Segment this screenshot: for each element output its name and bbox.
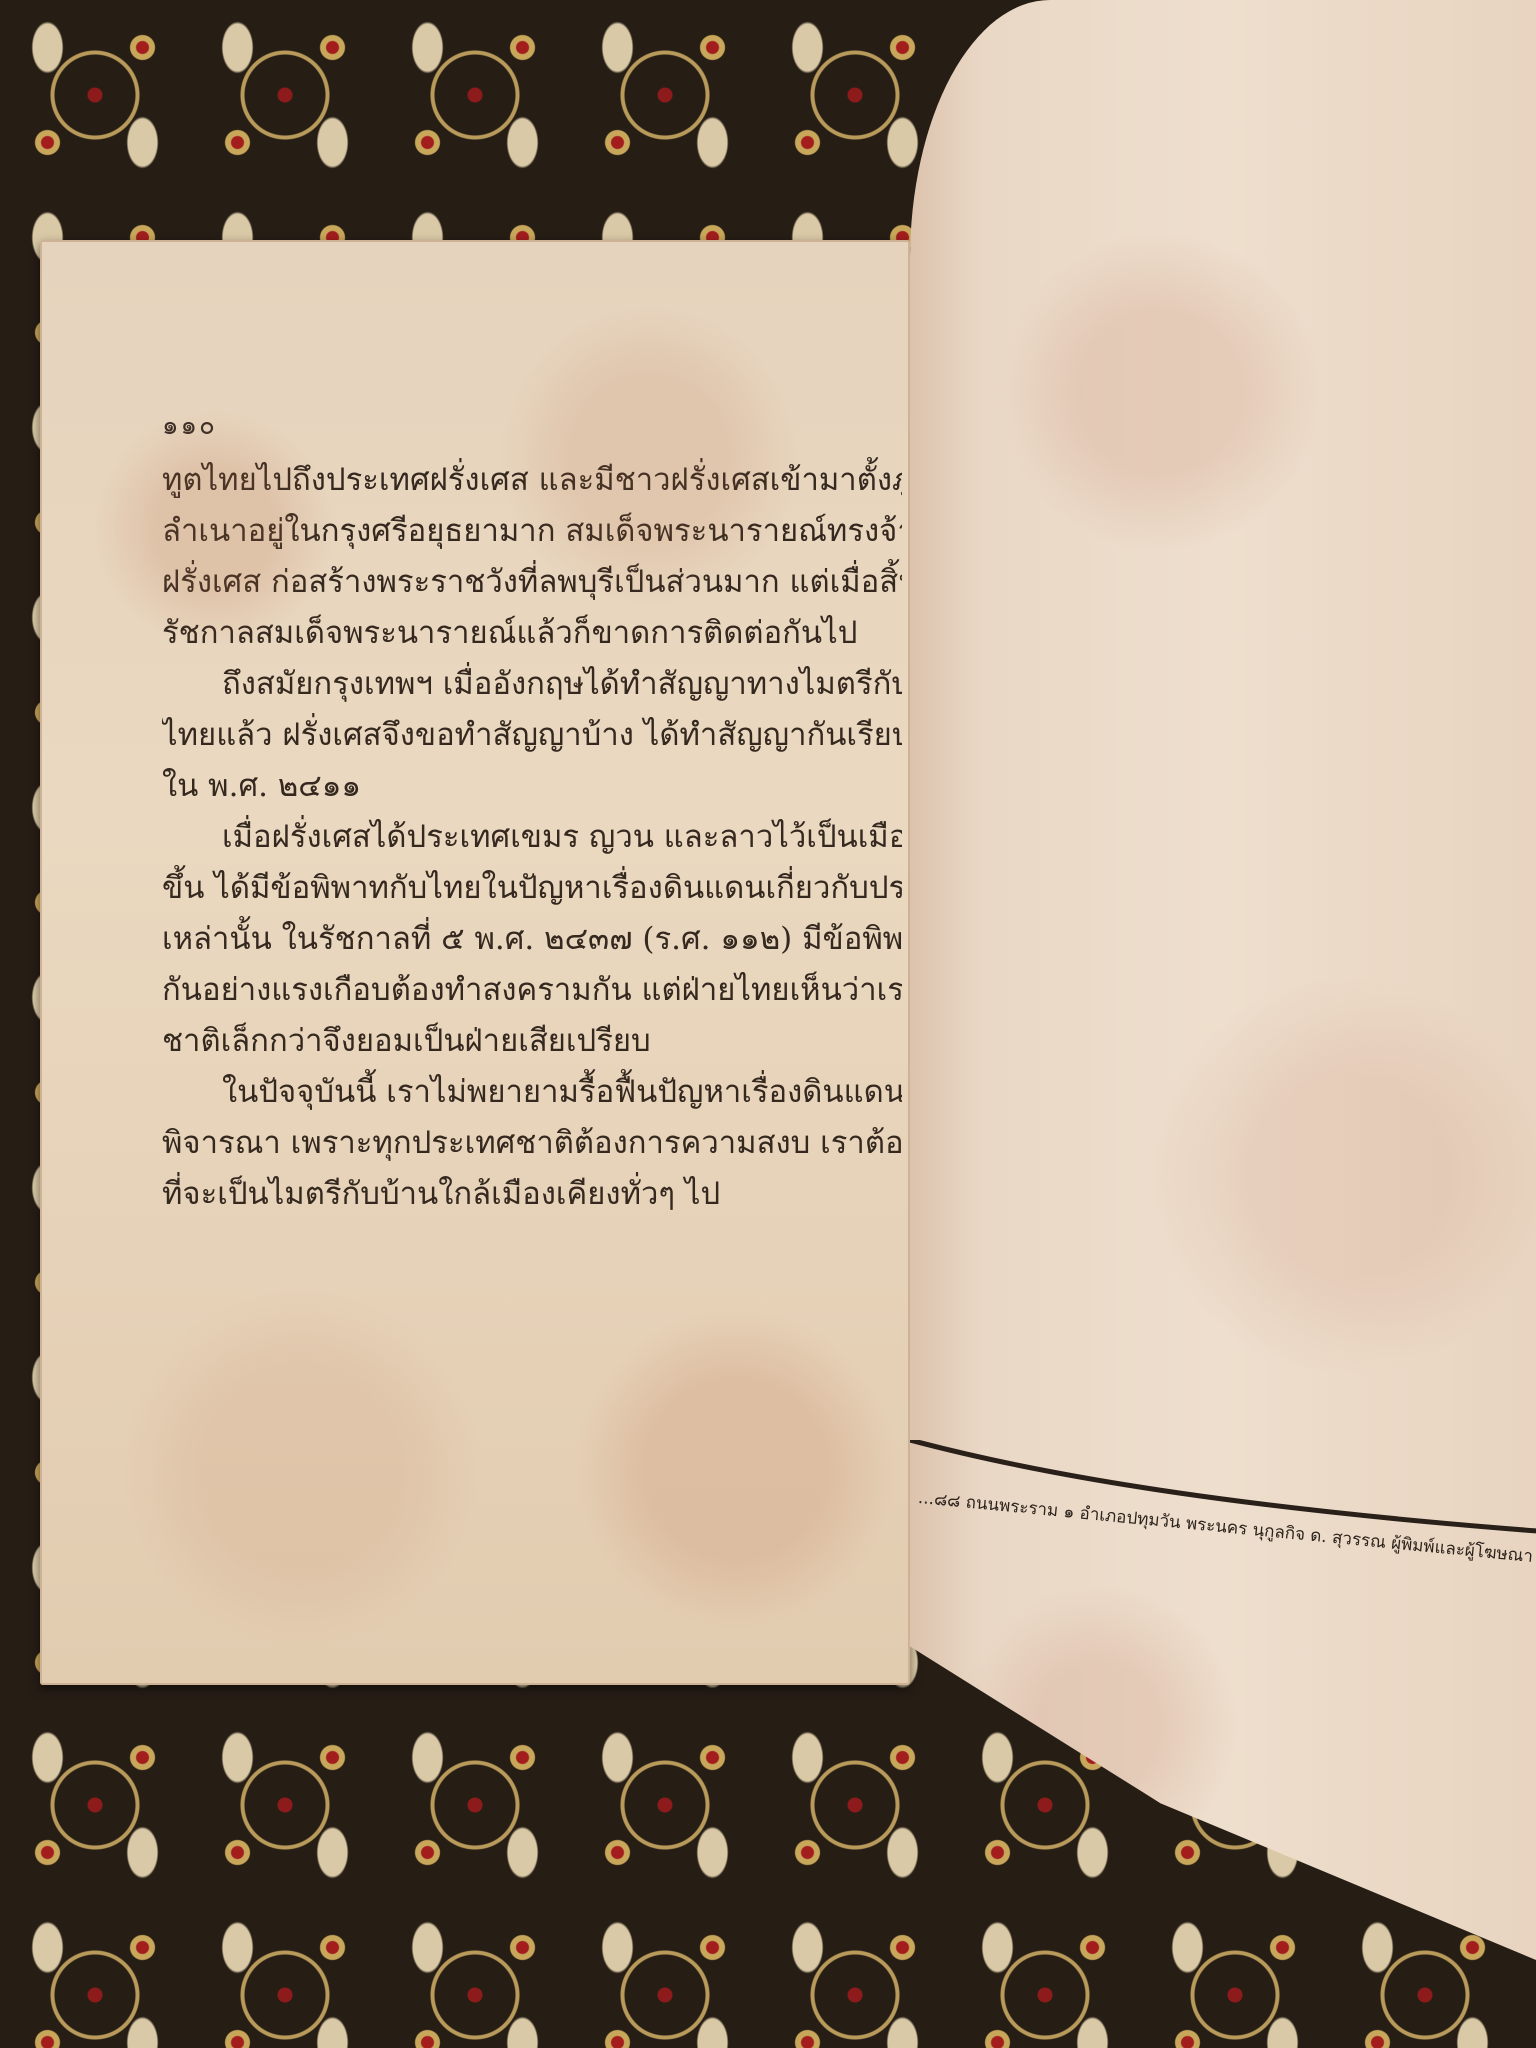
page-text-body: ทูตไทยไปถึงประเทศฝรั่งเศส และมีชาวฝรั่งเ… <box>162 455 902 1220</box>
paragraph-start-line: ถึงสมัยกรุงเทพฯ เมื่ออังกฤษได้ทำสัญญาทาง… <box>162 659 902 710</box>
text-line: พิจารณา เพราะทุกประเทศชาติต้องการความสงบ… <box>162 1118 902 1169</box>
left-book-page: ๑๑๐ ทูตไทยไปถึงประเทศฝรั่งเศส และมีชาวฝร… <box>40 240 910 1685</box>
text-line: ใน พ.ศ. ๒๔๑๑ <box>162 761 902 812</box>
text-line: ขึ้น ได้มีข้อพิพาทกับไทยในปัญหาเรื่องดิน… <box>162 863 902 914</box>
text-line: ทูตไทยไปถึงประเทศฝรั่งเศส และมีชาวฝรั่งเ… <box>162 455 902 506</box>
text-line: รัชกาลสมเด็จพระนารายณ์แล้วก็ขาดการติดต่อ… <box>162 608 902 659</box>
text-line: เหล่านั้น ในรัชกาลที่ ๕ พ.ศ. ๒๔๓๗ (ร.ศ. … <box>162 914 902 965</box>
paragraph-start-line: ในปัจจุบันนี้ เราไม่พยายามรื้อฟื้นปัญหาเ… <box>162 1067 902 1118</box>
text-line: ที่จะเป็นไมตรีกับบ้านใกล้เมืองเคียงทั่วๆ… <box>162 1169 902 1220</box>
text-line: ลำเนาอยู่ในกรุงศรีอยุธยามาก สมเด็จพระนาร… <box>162 506 902 557</box>
text-line: ไทยแล้ว ฝรั่งเศสจึงขอทำสัญญาบ้าง ได้ทำสั… <box>162 710 902 761</box>
text-line: กันอย่างแรงเกือบต้องทำสงครามกัน แต่ฝ่ายไ… <box>162 965 902 1016</box>
text-line: ฝรั่งเศส ก่อสร้างพระราชวังที่ลพบุรีเป็นส… <box>162 557 902 608</box>
right-curled-page: ...๘๘ ถนนพระราม ๑ อำเภอปทุมวัน พระนคร นุ… <box>910 0 1536 1960</box>
paragraph-start-line: เมื่อฝรั่งเศสได้ประเทศเขมร ญวน และลาวไว้… <box>162 812 902 863</box>
page-number: ๑๑๐ <box>162 405 217 446</box>
text-line: ชาติเล็กกว่าจึงยอมเป็นฝ่ายเสียเปรียบ <box>162 1016 902 1067</box>
